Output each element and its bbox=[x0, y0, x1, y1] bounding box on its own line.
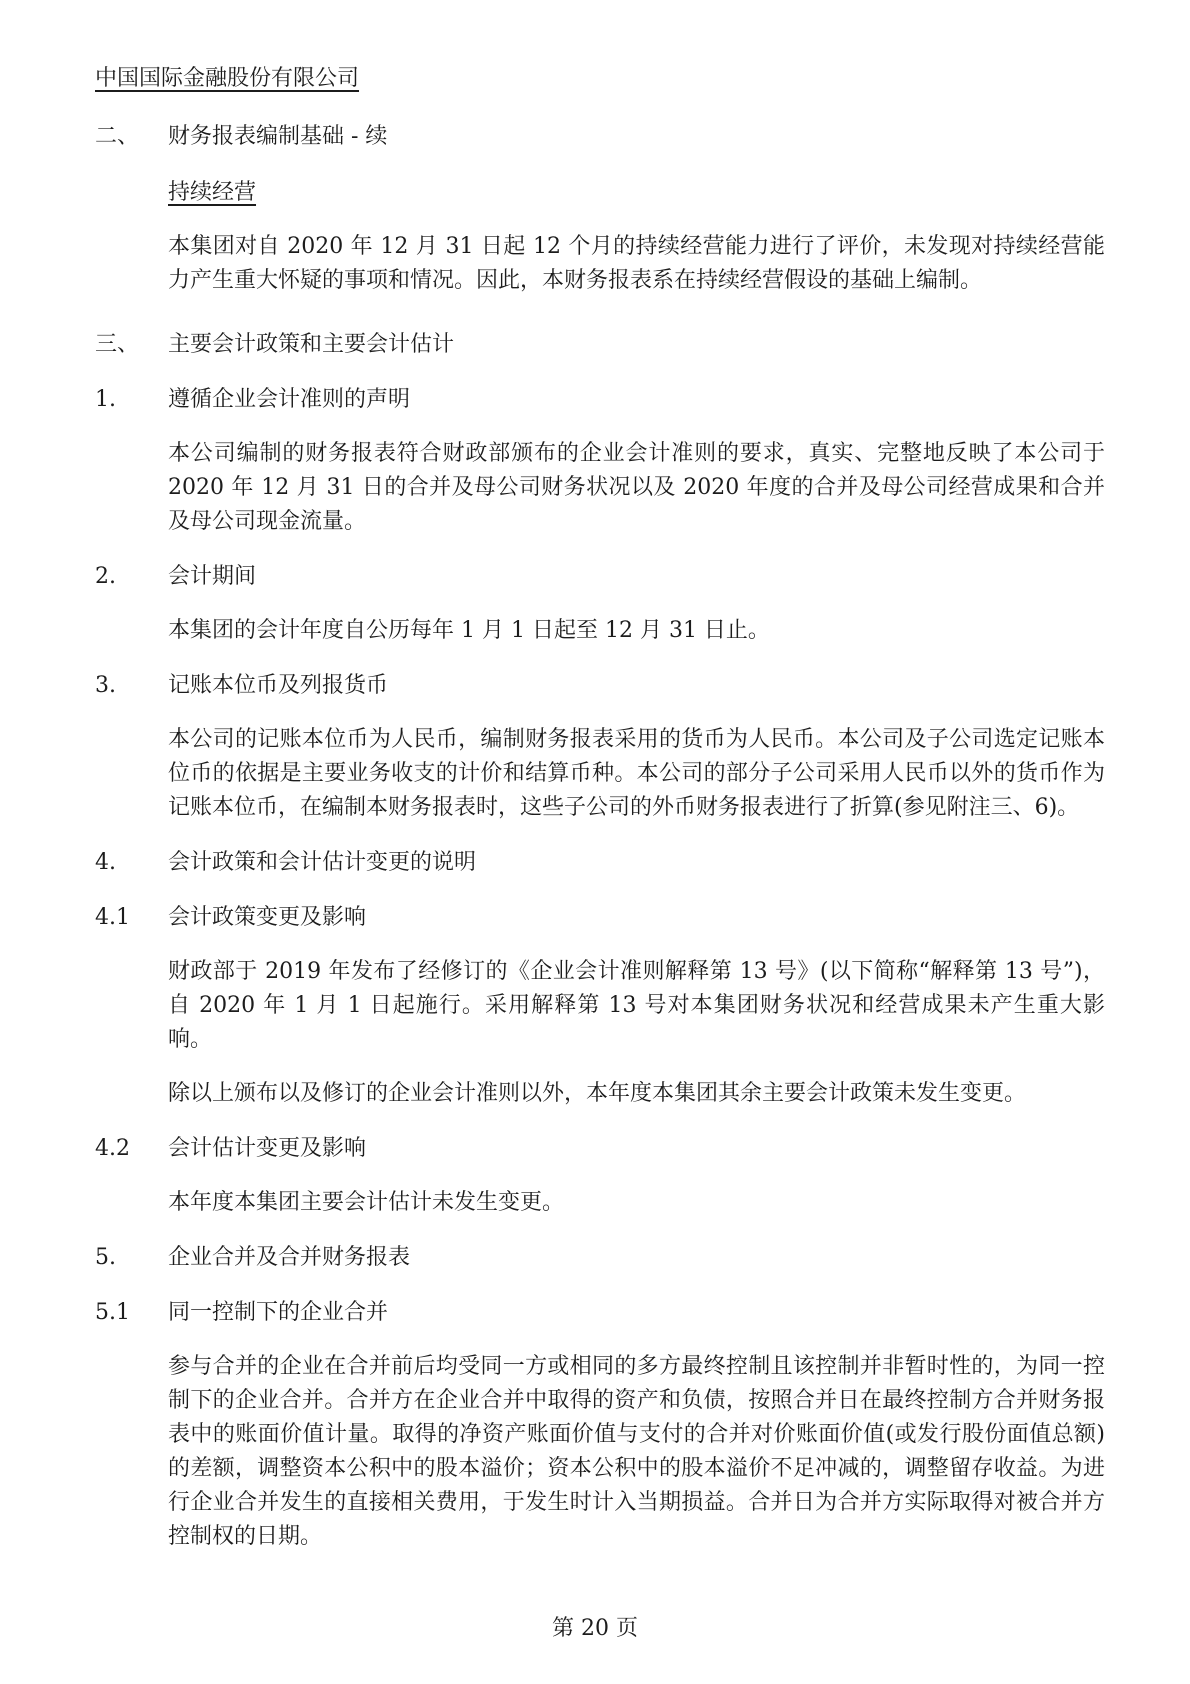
section-title: 财务报表编制基础 - 续 bbox=[168, 120, 387, 154]
section-heading: 4. 会计政策和会计估计变更的说明 bbox=[95, 846, 1105, 880]
section-title: 遵循企业会计准则的声明 bbox=[168, 383, 410, 417]
paragraph: 本年度本集团主要会计估计未发生变更。 bbox=[95, 1186, 1105, 1220]
section-title: 同一控制下的企业合并 bbox=[168, 1296, 388, 1330]
section-heading: 三、 主要会计政策和主要会计估计 bbox=[95, 328, 1105, 362]
section-number: 二、 bbox=[95, 120, 168, 154]
section-title: 记账本位币及列报货币 bbox=[168, 669, 388, 703]
paragraph: 本集团的会计年度自公历每年 1 月 1 日起至 12 月 31 日止。 bbox=[95, 614, 1105, 648]
section-title: 企业合并及合并财务报表 bbox=[168, 1241, 410, 1275]
section-heading: 4.1 会计政策变更及影响 bbox=[95, 901, 1105, 935]
section-number: 3. bbox=[95, 669, 168, 703]
paragraph: 本公司编制的财务报表符合财政部颁布的企业会计准则的要求，真实、完整地反映了本公司… bbox=[95, 437, 1105, 539]
section-title: 主要会计政策和主要会计估计 bbox=[168, 328, 454, 362]
section-heading: 1. 遵循企业会计准则的声明 bbox=[95, 383, 1105, 417]
paragraph: 本集团对自 2020 年 12 月 31 日起 12 个月的持续经营能力进行了评… bbox=[95, 230, 1105, 298]
company-title: 中国国际金融股份有限公司 bbox=[95, 62, 1105, 96]
underlined-subheading: 持续经营 bbox=[95, 176, 1105, 210]
document-page: 中国国际金融股份有限公司 二、 财务报表编制基础 - 续 持续经营 本集团对自 … bbox=[0, 0, 1190, 1684]
section-number: 5. bbox=[95, 1241, 168, 1275]
section-heading: 4.2 会计估计变更及影响 bbox=[95, 1132, 1105, 1166]
section-number: 4. bbox=[95, 846, 168, 880]
section-number: 4.1 bbox=[95, 901, 168, 935]
section-number: 4.2 bbox=[95, 1132, 168, 1166]
section-number: 5.1 bbox=[95, 1296, 168, 1330]
section-number: 2. bbox=[95, 560, 168, 594]
section-heading: 2. 会计期间 bbox=[95, 560, 1105, 594]
section-title: 会计政策和会计估计变更的说明 bbox=[168, 846, 476, 880]
paragraph: 财政部于 2019 年发布了经修订的《企业会计准则解释第 13 号》(以下简称“… bbox=[95, 955, 1105, 1057]
page-number: 第 20 页 bbox=[0, 1614, 1190, 1644]
paragraph: 本公司的记账本位币为人民币，编制财务报表采用的货币为人民币。本公司及子公司选定记… bbox=[95, 723, 1105, 825]
section-title: 会计期间 bbox=[168, 560, 256, 594]
paragraph: 参与合并的企业在合并前后均受同一方或相同的多方最终控制且该控制并非暂时性的，为同… bbox=[95, 1350, 1105, 1554]
section-number: 三、 bbox=[95, 328, 168, 362]
section-heading: 5.1 同一控制下的企业合并 bbox=[95, 1296, 1105, 1330]
section-title: 会计政策变更及影响 bbox=[168, 901, 366, 935]
section-heading: 5. 企业合并及合并财务报表 bbox=[95, 1241, 1105, 1275]
section-heading: 二、 财务报表编制基础 - 续 bbox=[95, 120, 1105, 154]
section-title: 会计估计变更及影响 bbox=[168, 1132, 366, 1166]
section-number: 1. bbox=[95, 383, 168, 417]
paragraph: 除以上颁布以及修订的企业会计准则以外，本年度本集团其余主要会计政策未发生变更。 bbox=[95, 1077, 1105, 1111]
section-heading: 3. 记账本位币及列报货币 bbox=[95, 669, 1105, 703]
